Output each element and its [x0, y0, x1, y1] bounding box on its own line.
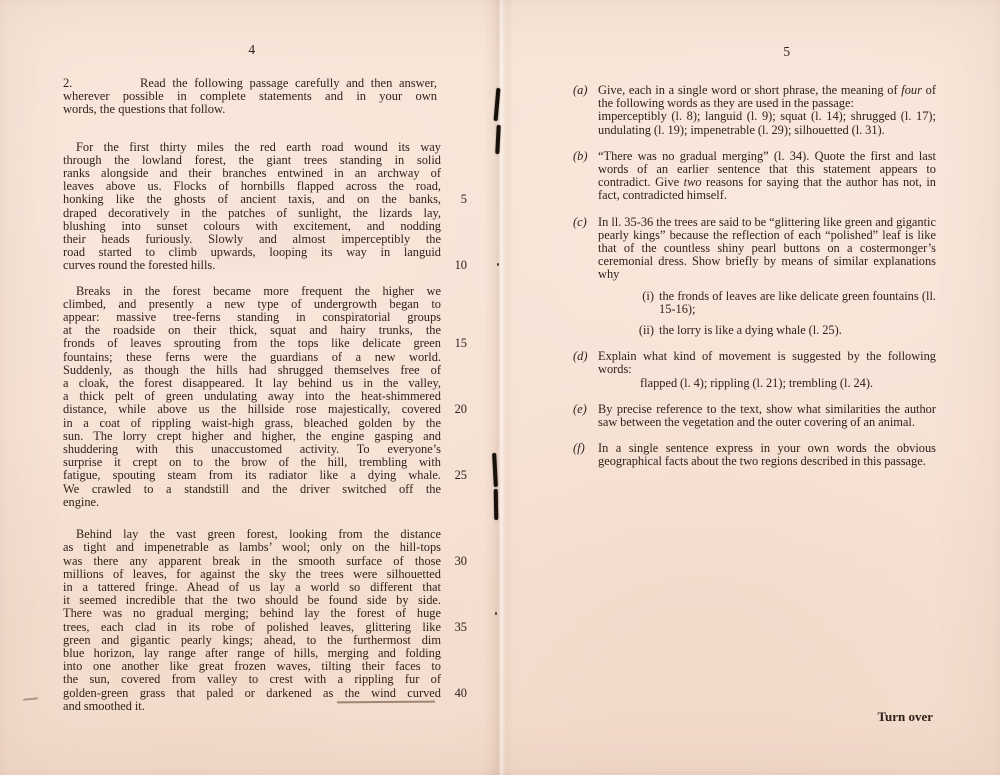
passage-line: golden-green grass that paled or darkene…	[63, 687, 497, 700]
line-number	[441, 541, 467, 554]
line-number	[441, 364, 467, 377]
passage-line: in a coat of rippling waist-high grass, …	[63, 417, 497, 430]
line-number: 25	[441, 469, 467, 482]
page-left: 4 2.Read the following passage carefully…	[0, 0, 497, 775]
passage-line: the sun, covered from valley to crest wi…	[63, 673, 497, 686]
turn-over-label: Turn over	[878, 709, 934, 725]
sub-item-label: (i)	[628, 290, 654, 316]
ink-speck	[495, 612, 497, 615]
line-number	[441, 285, 467, 298]
passage-line: For the first thirty miles the red earth…	[63, 141, 497, 154]
staple-mark	[492, 453, 498, 487]
question-item: (d)Explain what kind of movement is sugg…	[573, 350, 936, 390]
passage-line: curves round the forested hills.10	[63, 259, 497, 272]
passage-line: was there any apparent break in the smoo…	[63, 555, 497, 568]
line-number	[441, 568, 467, 581]
staple-mark	[494, 489, 499, 520]
book-spread: 4 2.Read the following passage carefully…	[0, 0, 1000, 775]
line-number: 30	[441, 555, 467, 568]
line-number	[441, 311, 467, 324]
line-number: 15	[441, 337, 467, 350]
instruction-line: words, the questions that follow.	[63, 103, 437, 116]
ink-speck	[497, 263, 499, 266]
question-item: (c)In ll. 35-36 the trees are said to be…	[573, 216, 936, 338]
question-list: (a)Give, each in a single word or short …	[573, 84, 1000, 469]
question-item: (a)Give, each in a single word or short …	[573, 84, 936, 137]
question-text: Explain what kind of movement is suggest…	[598, 350, 936, 376]
passage-line: honking like the ghosts of ancient taxis…	[63, 193, 497, 206]
passage-line: Breaks in the forest became more frequen…	[63, 285, 497, 298]
line-number	[441, 483, 467, 496]
line-number	[441, 647, 467, 660]
line-number: 5	[441, 193, 467, 206]
passage-line: draped decoratively in the patches of su…	[63, 207, 497, 220]
passage-line: fountains; these ferns were the guardian…	[63, 351, 497, 364]
line-number	[441, 233, 467, 246]
question-text: By precise reference to the text, show w…	[598, 403, 936, 429]
line-number: 10	[441, 259, 467, 272]
question-text: Give, each in a single word or short phr…	[598, 84, 936, 110]
question-text: In ll. 35-36 the trees are said to be “g…	[598, 216, 936, 282]
line-number	[441, 496, 467, 509]
line-number: 40	[441, 687, 467, 700]
passage: For the first thirty miles the red earth…	[63, 141, 497, 713]
page-right: 5 (a)Give, each in a single word or shor…	[500, 0, 1000, 775]
line-number	[441, 167, 467, 180]
passage-paragraph: Breaks in the forest became more frequen…	[63, 285, 497, 509]
line-number	[441, 430, 467, 443]
question-text: imperceptibly (l. 8); languid (l. 9); sq…	[598, 110, 936, 136]
instruction-paragraph: 2.Read the following passage carefully a…	[63, 77, 437, 117]
passage-line: There was no gradual merging; behind lay…	[63, 607, 497, 620]
line-number	[441, 377, 467, 390]
line-number	[441, 417, 467, 430]
passage-line: trees, each clad in its robe of polished…	[63, 621, 497, 634]
passage-line: We crawled to a standstill and the drive…	[63, 483, 497, 496]
passage-line: millions of leaves, for against the sky …	[63, 568, 497, 581]
passage-line: engine.	[63, 496, 497, 509]
line-number	[441, 528, 467, 541]
question-label: (b)	[573, 150, 598, 203]
line-number	[441, 673, 467, 686]
sub-item-label: (ii)	[628, 324, 654, 337]
line-number	[441, 207, 467, 220]
line-number	[441, 351, 467, 364]
question-label: (c)	[573, 216, 598, 338]
passage-line: fatigue, spouting steam from its radiato…	[63, 469, 497, 482]
line-number: 20	[441, 403, 467, 416]
page-number-left: 4	[63, 42, 441, 58]
line-number	[441, 660, 467, 673]
sub-item: (ii)the lorry is like a dying whale (l. …	[628, 324, 936, 337]
passage-paragraph: For the first thirty miles the red earth…	[63, 141, 497, 273]
margin-pencil-dash	[23, 697, 38, 701]
question-label: (d)	[573, 350, 598, 390]
line-number	[441, 607, 467, 620]
page-number-right: 5	[687, 44, 887, 60]
question-item: (f)In a single sentence express in your …	[573, 442, 936, 468]
line-number: 35	[441, 621, 467, 634]
line-number	[441, 443, 467, 456]
line-number	[441, 298, 467, 311]
line-number	[441, 154, 467, 167]
question-label: (f)	[573, 442, 598, 468]
line-number	[441, 700, 467, 713]
passage-paragraph: Behind lay the vast green forest, lookin…	[63, 528, 497, 713]
question-text: “There was no gradual merging” (l. 34). …	[598, 150, 936, 203]
question-text: In a single sentence express in your own…	[598, 442, 936, 468]
line-number	[441, 581, 467, 594]
question-text: flapped (l. 4); rippling (l. 21); trembl…	[640, 377, 936, 390]
question-label: (a)	[573, 84, 598, 137]
passage-line: fronds of leaves sprouting from the tops…	[63, 337, 497, 350]
line-number	[441, 634, 467, 647]
sub-item: (i)the fronds of leaves are like delicat…	[628, 290, 936, 316]
question-label: (e)	[573, 403, 598, 429]
passage-line: distance, while above us the hillside ro…	[63, 403, 497, 416]
passage-line: green and gigantic pearly kings; ahead, …	[63, 634, 497, 647]
passage-line: as tight and impenetrable as lambs’ wool…	[63, 541, 497, 554]
line-number	[441, 594, 467, 607]
line-number	[441, 141, 467, 154]
question-item: (b)“There was no gradual merging” (l. 34…	[573, 150, 936, 203]
question-item: (e)By precise reference to the text, sho…	[573, 403, 936, 429]
line-number	[441, 220, 467, 233]
